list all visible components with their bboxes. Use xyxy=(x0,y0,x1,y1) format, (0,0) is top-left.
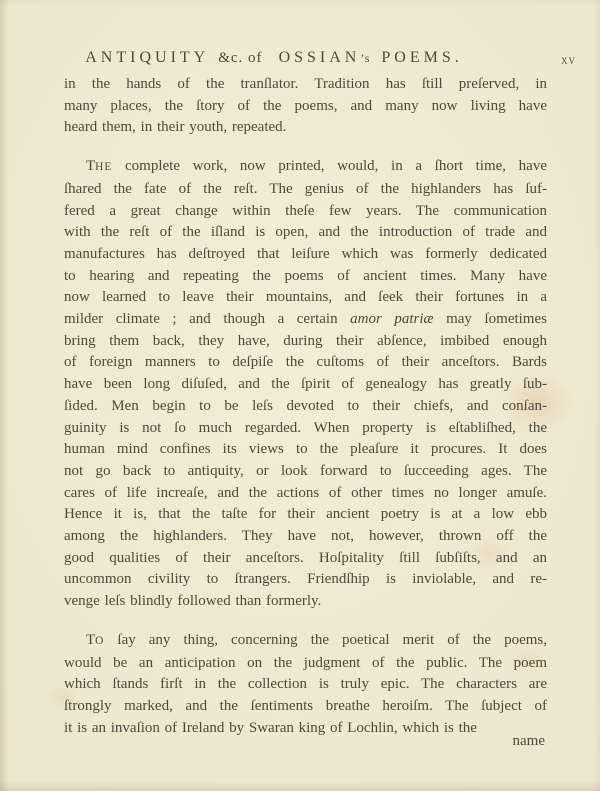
catchword: name xyxy=(513,733,545,750)
paragraph: in the hands of the tranſlator. Traditio… xyxy=(64,74,547,139)
paragraph: THE complete work, now printed, would, i… xyxy=(64,156,547,613)
text-line: many places, the ſtory of the poems, and… xyxy=(64,96,547,118)
text-line: with the reſt of the iſland is open, and… xyxy=(64,222,547,244)
text-line: ſtrongly marked, and the ſentiments brea… xyxy=(64,696,547,718)
text-segment: now learned to leave their mountains, an… xyxy=(64,289,547,305)
text-segment: cares of life increaſe, and the actions … xyxy=(64,485,547,501)
header-word-antiquity: ANTIQUITY xyxy=(85,49,209,66)
text-segment: many places, the ſtory of the poems, and… xyxy=(64,98,547,114)
text-line: have been long diſuſed, and the ſpirit o… xyxy=(64,374,547,396)
text-segment: good qualities of their anceſtors. Hoſpi… xyxy=(64,550,547,566)
text-segment: ſay any thing, concerning the poetical m… xyxy=(104,632,547,648)
paragraph: TO ſay any thing, concerning the poetica… xyxy=(64,630,547,740)
text-segment: human mind confines its views to the ple… xyxy=(64,441,547,457)
text-segment: have been long diſuſed, and the ſpirit o… xyxy=(64,376,547,392)
text-segment: guinity is not ſo much regarded. When pr… xyxy=(64,420,547,436)
text-segment: ſtrongly marked, and the ſentiments brea… xyxy=(64,698,547,714)
text-line: fered a great change within theſe few ye… xyxy=(64,201,547,223)
text-segment: to hearing and repeating the poems of an… xyxy=(64,268,547,284)
text-line: Hence it is, that the taſte for their an… xyxy=(64,504,547,526)
text-segment: it is an invaſion of Ireland by Swaran k… xyxy=(64,720,477,736)
text-line: now learned to leave their mountains, an… xyxy=(64,287,547,309)
text-line: which ſtands firſt in the collection is … xyxy=(64,674,547,696)
text-segment: bring them back, they have, during their… xyxy=(64,333,547,349)
text-segment: ſided. Men begin to be leſs devoted to t… xyxy=(64,398,547,414)
text-line: bring them back, they have, during their… xyxy=(64,331,547,353)
text-segment: HE xyxy=(95,161,112,173)
text-segment: ſhared the fate of the reſt. The genius … xyxy=(64,181,547,197)
text-line: not go back to antiquity, or look forwar… xyxy=(64,461,547,483)
book-page: ANTIQUITY &c. of OSSIAN’s POEMS. xv in t… xyxy=(0,0,600,791)
text-segment: amor patriæ xyxy=(350,311,433,327)
text-segment: would be an anticipation on the judgment… xyxy=(64,655,547,671)
text-line: manufactures has deſtroyed that leiſure … xyxy=(64,244,547,266)
text-line: among the highlanders. They have not, ho… xyxy=(64,526,547,548)
text-line: venge leſs blindly followed than formerl… xyxy=(64,591,547,613)
text-line: good qualities of their anceſtors. Hoſpi… xyxy=(64,548,547,570)
text-line: guinity is not ſo much regarded. When pr… xyxy=(64,418,547,440)
text-segment: not go back to antiquity, or look forwar… xyxy=(64,463,547,479)
text-line: heard them, in their youth, repeated. xyxy=(64,117,547,139)
text-line: ſided. Men begin to be leſs devoted to t… xyxy=(64,396,547,418)
text-line: ſhared the fate of the reſt. The genius … xyxy=(64,179,547,201)
text-line: THE complete work, now printed, would, i… xyxy=(64,156,547,179)
page-number: xv xyxy=(561,52,576,68)
text-segment: manufactures has deſtroyed that leiſure … xyxy=(64,246,547,262)
text-segment: venge leſs blindly followed than formerl… xyxy=(64,593,321,609)
text-line: in the hands of the tranſlator. Traditio… xyxy=(64,74,547,96)
text-line: human mind confines its views to the ple… xyxy=(64,439,547,461)
text-line: it is an invaſion of Ireland by Swaran k… xyxy=(64,718,547,740)
text-segment: with the reſt of the iſland is open, and… xyxy=(64,224,547,240)
header-word-ossian: OSSIAN xyxy=(279,49,361,66)
text-segment: Hence it is, that the taſte for their an… xyxy=(64,506,547,522)
text-segment: uncommon civility to ſtrangers. Friendſh… xyxy=(64,571,547,587)
text-line: to hearing and repeating the poems of an… xyxy=(64,266,547,288)
text-line: would be an anticipation on the judgment… xyxy=(64,653,547,675)
header-word-poems: POEMS. xyxy=(381,49,462,66)
text-segment: may ſometimes xyxy=(434,311,547,327)
text-line: TO ſay any thing, concerning the poetica… xyxy=(64,630,547,653)
text-segment: which ſtands firſt in the collection is … xyxy=(64,676,547,692)
text-segment: T xyxy=(86,632,95,648)
text-line: milder climate ; and though a certain am… xyxy=(64,309,547,331)
text-segment: T xyxy=(86,158,95,174)
running-header: ANTIQUITY &c. of OSSIAN’s POEMS. xyxy=(0,49,600,67)
text-segment: fered a great change within theſe few ye… xyxy=(64,203,547,219)
text-block: in the hands of the tranſlator. Traditio… xyxy=(64,74,547,739)
text-segment: heard them, in their youth, repeated. xyxy=(64,119,286,135)
text-line: uncommon civility to ſtrangers. Friendſh… xyxy=(64,569,547,591)
text-segment: of foreign manners to deſpiſe the cuſtom… xyxy=(64,354,547,370)
text-segment: in the hands of the tranſlator. Traditio… xyxy=(64,76,547,92)
header-possessive: ’s xyxy=(360,51,370,65)
text-segment: among the highlanders. They have not, ho… xyxy=(64,528,547,544)
text-segment: milder climate ; and though a certain xyxy=(64,311,350,327)
text-segment: complete work, now printed, would, in a … xyxy=(112,158,547,174)
text-line: cares of life increaſe, and the actions … xyxy=(64,483,547,505)
header-connector: &c. of xyxy=(218,50,262,66)
text-line: of foreign manners to deſpiſe the cuſtom… xyxy=(64,352,547,374)
